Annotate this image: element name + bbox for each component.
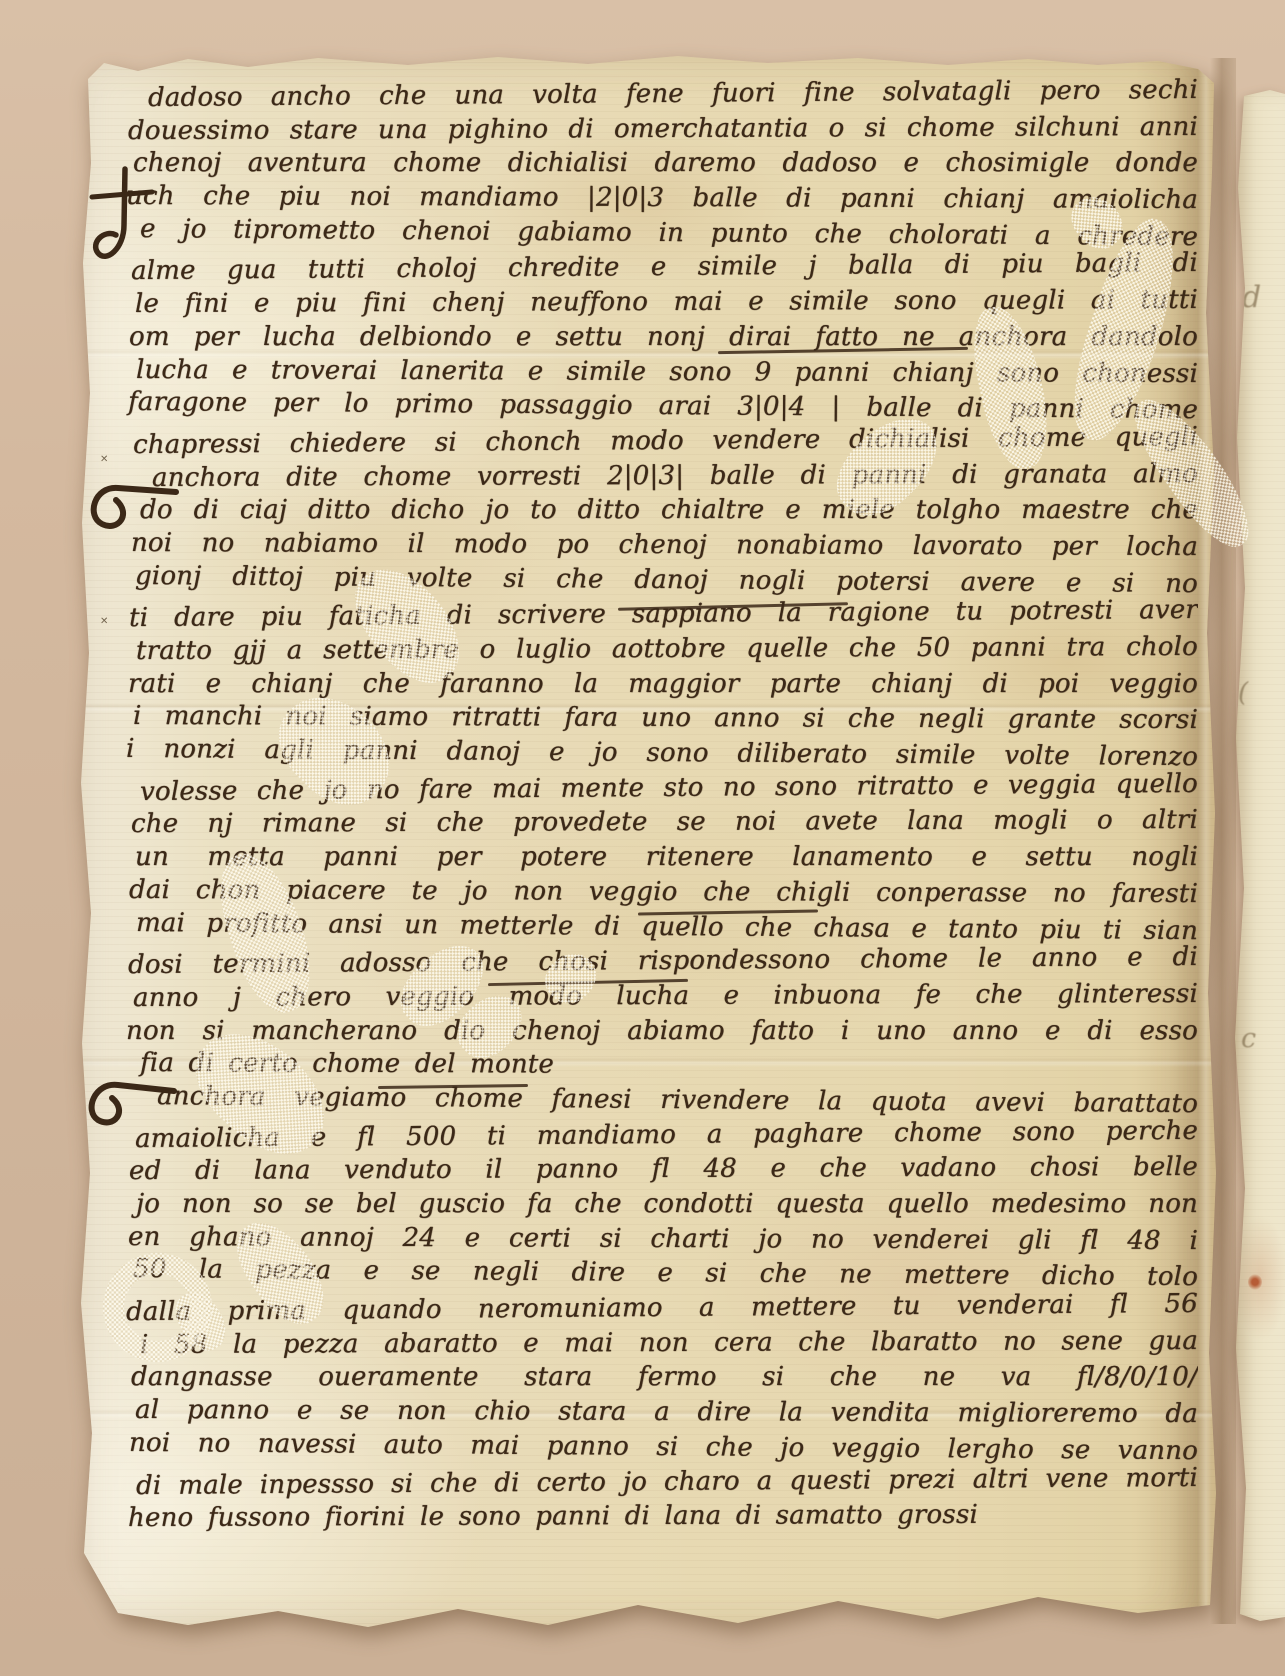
manuscript-line: rati e chianj che faranno la maggior par… — [126, 667, 1198, 702]
manuscript-line: un metta panni per potere ritenere lanam… — [126, 840, 1198, 875]
adjacent-page-strip: d ( c — [1230, 88, 1285, 1623]
manuscript-line: om per lucha delbiondo e settu nonj dira… — [126, 320, 1198, 355]
manuscript-line: che nj rimane si che provedete se noi av… — [126, 803, 1198, 842]
red-stain — [1248, 1274, 1262, 1290]
manuscript-line: dangnasse oueramente stara fermo si che … — [126, 1360, 1198, 1395]
manuscript-line: jo non so se bel guscio fa che condotti … — [126, 1187, 1198, 1222]
adjacent-ink-mark: c — [1241, 1023, 1256, 1054]
scanned-letter-scene: d ( c ✕ ✕ dadoso ancho che una volta fen — [0, 0, 1285, 1676]
manuscript-line: heno fussono fiorini le sono panni di la… — [126, 1497, 1198, 1536]
manuscript-paper: ✕ ✕ dadoso ancho che una volta fene fuor… — [78, 53, 1218, 1631]
manuscript-line: chenoj aventura chome dichialisi daremo … — [126, 146, 1198, 181]
manuscript-line: uch che piu noi mandiamo |2|0|3 balle di… — [126, 179, 1198, 218]
manuscript-sheet: ✕ ✕ dadoso ancho che una volta fene fuor… — [78, 53, 1218, 1631]
watermark-ring-icon — [100, 1250, 215, 1365]
manuscript-line: le fini e piu fini chenj neuffono mai e … — [126, 283, 1198, 322]
manuscript-line: ed di lana venduto il panno fl 48 e che … — [126, 1150, 1198, 1189]
manuscript-line: al panno e se non chio stara a dire la v… — [126, 1393, 1198, 1432]
manuscript-line: tratto gjj a settembre o luglio aottobre… — [126, 630, 1198, 669]
manuscript-line: non si mancherano dio chenoj abiamo fatt… — [126, 1014, 1198, 1049]
manuscript-line: dadoso ancho che una volta fene fuori fi… — [126, 73, 1198, 116]
ink-speck: ✕ — [100, 457, 106, 463]
adjacent-ink-mark: ( — [1238, 678, 1248, 708]
manuscript-line: i 58 la pezza abaratto e mai non cera ch… — [126, 1324, 1198, 1363]
manuscript-line: noi no nabiamo il modo po chenoj nonabia… — [126, 526, 1198, 565]
manuscript-line: douessimo stare una pighino di omerchata… — [126, 110, 1198, 149]
adjacent-page-paper: d ( c — [1230, 88, 1285, 1623]
ink-speck: ✕ — [100, 619, 106, 625]
manuscript-line: do di ciaj ditto dicho jo to ditto chial… — [126, 493, 1198, 528]
adjacent-ink-mark: d — [1242, 280, 1261, 315]
